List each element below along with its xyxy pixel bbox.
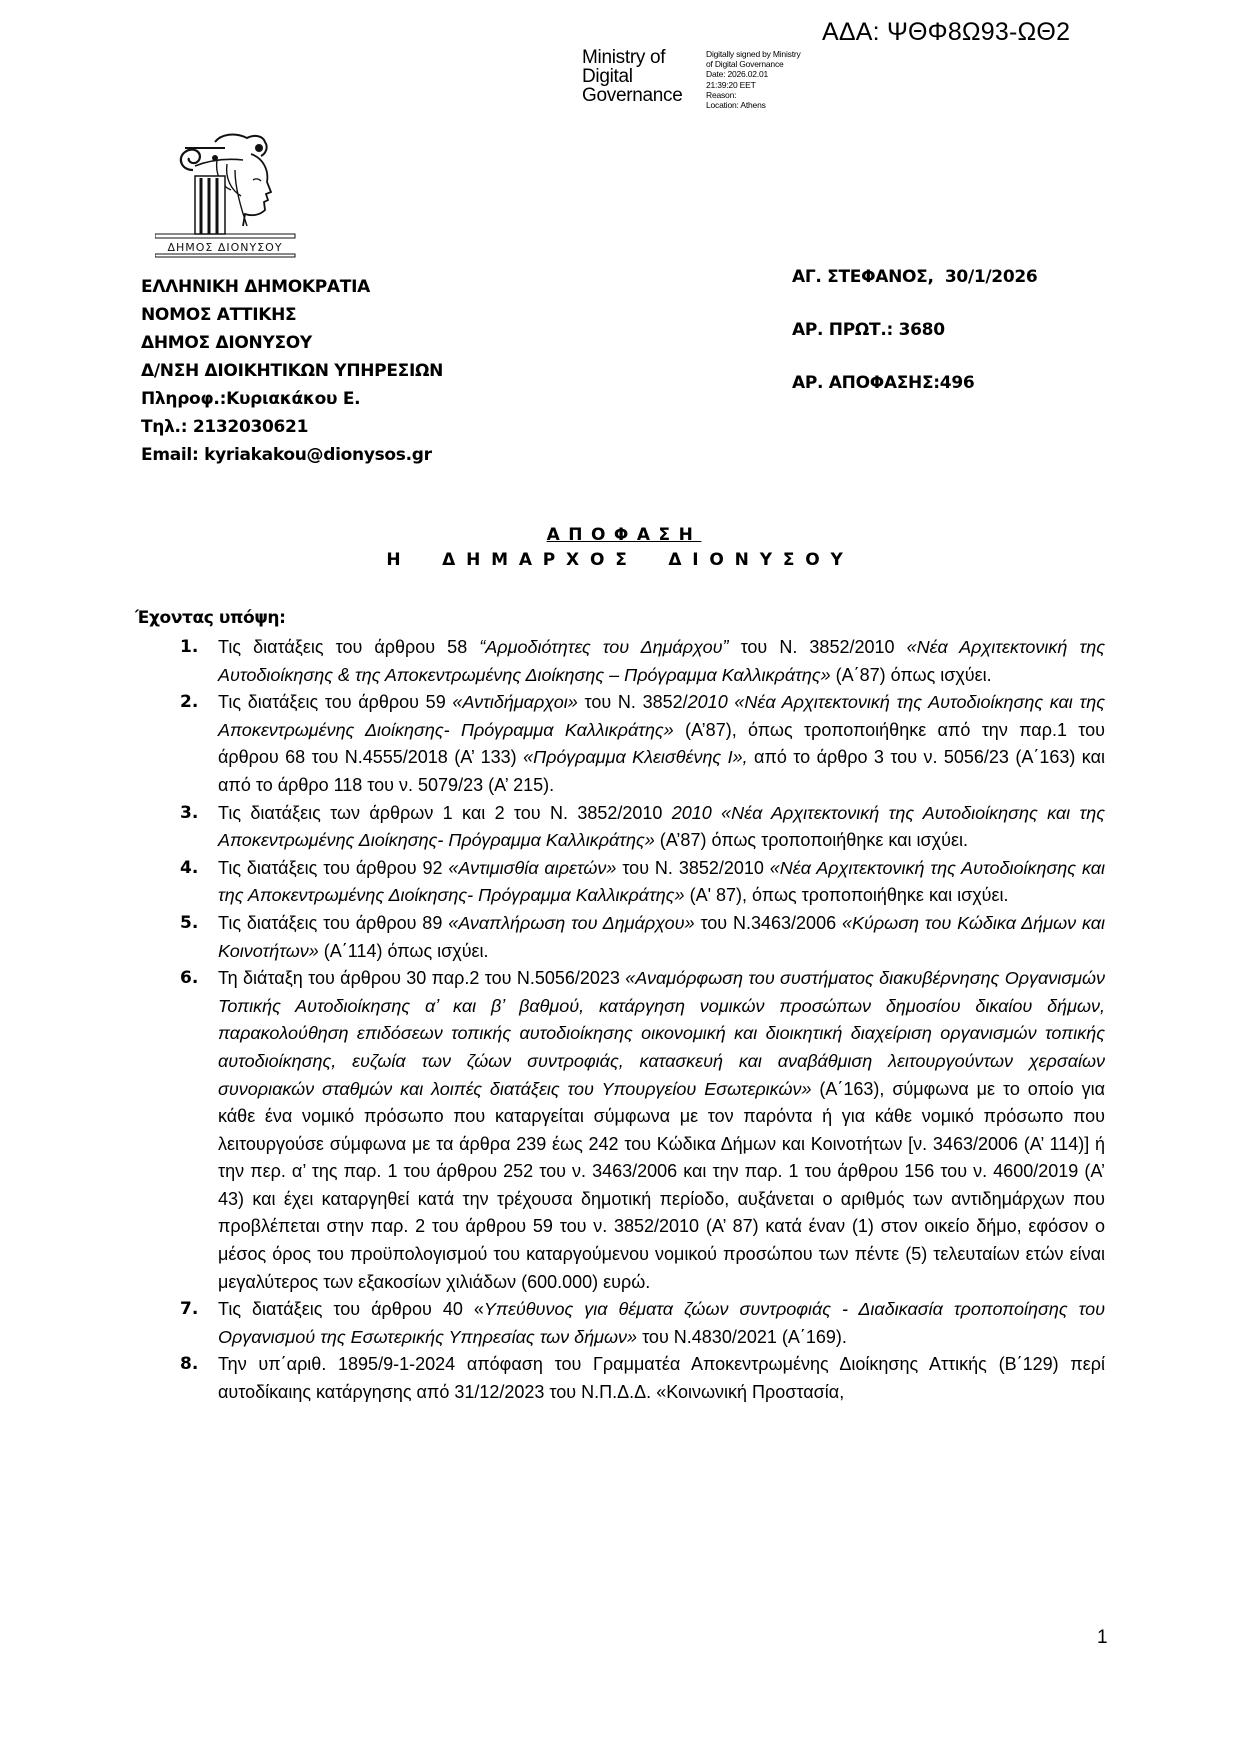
protocol-number: ΑΡ. ΠΡΩΤ.: 3680 [792, 316, 1037, 369]
item-citation-text: «Αναπλήρωση του Δημάρχου» [448, 913, 694, 933]
item-text: Τις διατάξεις του άρθρου 58 [218, 637, 479, 657]
item-number: 4. [180, 855, 198, 883]
item-text: (Α΄163), σύμφωνα με το οποίο για κάθε έν… [218, 1079, 1105, 1292]
item-text: (Α’87) όπως τροποποιήθηκε και ισχύει. [655, 830, 968, 850]
consideration-item: 3.Τις διατάξεις των άρθρων 1 και 2 του Ν… [180, 800, 1105, 855]
item-text: του Ν. 3852/2010 [616, 858, 769, 878]
issuer-contact-person: Πληροφ.:Κυριακάκου Ε. [141, 385, 443, 413]
issuer-email: Email: kyriakakou@dionysos.gr [141, 441, 443, 469]
item-text: (Α΄87) όπως ισχύει. [831, 665, 992, 685]
consideration-item: 2.Τις διατάξεις του άρθρου 59 «Αντιδήμαρ… [180, 689, 1105, 799]
issuer-prefecture: ΝΟΜΟΣ ΑΤΤΙΚΗΣ [141, 301, 443, 329]
item-number: 2. [180, 689, 198, 717]
issuer-phone: Τηλ.: 2132030621 [141, 413, 443, 441]
signature-detail-line: Location: Athens [706, 100, 801, 110]
signature-detail-line: Reason: [706, 90, 801, 100]
svg-text:ΔΗΜΟΣ ΔΙΟΝΥΣΟΥ: ΔΗΜΟΣ ΔΙΟΝΥΣΟΥ [167, 241, 282, 254]
item-text: Τις διατάξεις του άρθρου 92 [218, 858, 448, 878]
considerations-list: 1.Τις διατάξεις του άρθρου 58 “Αρμοδιότη… [180, 634, 1105, 1407]
item-text: του Ν.3463/2006 [695, 913, 842, 933]
item-text: Τη διάταξη του άρθρου 30 παρ.2 του Ν.505… [218, 968, 625, 988]
item-text: Την υπ΄αριθ. 1895/9-1-2024 απόφαση του Γ… [218, 1354, 1105, 1402]
document-subtitle: Η ΔΗΜΑΡΧΟΣ ΔΙΟΝΥΣΟΥ [0, 550, 1240, 570]
municipality-logo: ΔΗΜΟΣ ΔΙΟΝΥΣΟΥ [155, 130, 305, 258]
signature-details: Digitally signed by Ministry of Digital … [706, 49, 801, 110]
signature-org-line: Digital [582, 67, 683, 86]
item-text: Τις διατάξεις του άρθρου 40 « [218, 1299, 484, 1319]
dionysos-head-column-logo-icon: ΔΗΜΟΣ ΔΙΟΝΥΣΟΥ [155, 130, 305, 258]
signature-org-line: Governance [582, 86, 683, 105]
ada-identifier: ΑΔΑ: ΨΘΦ8Ω93-ΩΘ2 [822, 18, 1070, 47]
consideration-item: 1.Τις διατάξεις του άρθρου 58 “Αρμοδιότη… [180, 634, 1105, 689]
signature-detail-line: 21:39:20 EET [706, 80, 801, 90]
item-text: του Ν. 3852/ [578, 692, 688, 712]
issuer-country: ΕΛΛΗΝΙΚΗ ΔΗΜΟΚΡΑΤΙΑ [141, 273, 443, 301]
consideration-item: 4.Τις διατάξεις του άρθρου 92 «Αντιμισθί… [180, 855, 1105, 910]
issuer-block: ΕΛΛΗΝΙΚΗ ΔΗΜΟΚΡΑΤΙΑ ΝΟΜΟΣ ΑΤΤΙΚΗΣ ΔΗΜΟΣ … [141, 273, 443, 469]
item-number: 1. [180, 634, 198, 662]
item-citation-text: “Αρμοδιότητες του Δημάρχου” [479, 637, 728, 657]
document-title-text: ΑΠΟΦΑΣΗ [539, 525, 702, 545]
consideration-item: 7.Τις διατάξεις του άρθρου 40 «Υπεύθυνος… [180, 1296, 1105, 1351]
consideration-item: 5.Τις διατάξεις του άρθρου 89 «Αναπλήρωσ… [180, 910, 1105, 965]
signature-organization: Ministry of Digital Governance [582, 48, 683, 105]
issuer-municipality: ΔΗΜΟΣ ΔΙΟΝΥΣΟΥ [141, 329, 443, 357]
signature-detail-line: Digitally signed by Ministry [706, 49, 801, 59]
item-text: του Ν. 3852/2010 [729, 637, 907, 657]
considering-label: Έχοντας υπόψη: [135, 608, 286, 628]
item-citation-text: «Αντιμισθία αιρετών» [448, 858, 616, 878]
issuer-directorate: Δ/ΝΣΗ ΔΙΟΙΚΗΤΙΚΩΝ ΥΠΗΡΕΣΙΩΝ [141, 357, 443, 385]
item-citation-text: «Πρόγραμμα Κλεισθένης Ι», [523, 747, 748, 767]
item-text: (Α' 87), όπως τροποποιήθηκε και ισχύει. [685, 885, 1009, 905]
item-text: Τις διατάξεις του άρθρου 89 [218, 913, 448, 933]
decision-number: ΑΡ. ΑΠΟΦΑΣΗΣ:496 [792, 369, 1037, 422]
item-text: (Α΄114) όπως ισχύει. [319, 941, 489, 961]
place-date: ΑΓ. ΣΤΕΦΑΝΟΣ, 30/1/2026 [792, 263, 1037, 316]
signature-detail-line: Date: 2026.02.01 [706, 69, 801, 79]
reference-block: ΑΓ. ΣΤΕΦΑΝΟΣ, 30/1/2026 ΑΡ. ΠΡΩΤ.: 3680 … [792, 263, 1037, 422]
signature-org-line: Ministry of [582, 48, 683, 67]
item-text: Τις διατάξεις του άρθρου 59 [218, 692, 452, 712]
document-title: ΑΠΟΦΑΣΗ [0, 525, 1240, 545]
item-number: 5. [180, 910, 198, 938]
item-citation-text: «Αντιδήμαρχοι» [452, 692, 577, 712]
page-number: 1 [1097, 1627, 1108, 1649]
item-number: 6. [180, 965, 198, 993]
signature-detail-line: of Digital Governance [706, 59, 801, 69]
item-number: 3. [180, 800, 198, 828]
item-number: 7. [180, 1296, 198, 1324]
consideration-item: 6.Τη διάταξη του άρθρου 30 παρ.2 του Ν.5… [180, 965, 1105, 1296]
item-text: Τις διατάξεις των άρθρων 1 και 2 του Ν. … [218, 803, 672, 823]
consideration-item: 8.Την υπ΄αριθ. 1895/9-1-2024 απόφαση του… [180, 1351, 1105, 1406]
item-text: του Ν.4830/2021 (Α΄169). [637, 1327, 847, 1347]
item-number: 8. [180, 1351, 198, 1379]
